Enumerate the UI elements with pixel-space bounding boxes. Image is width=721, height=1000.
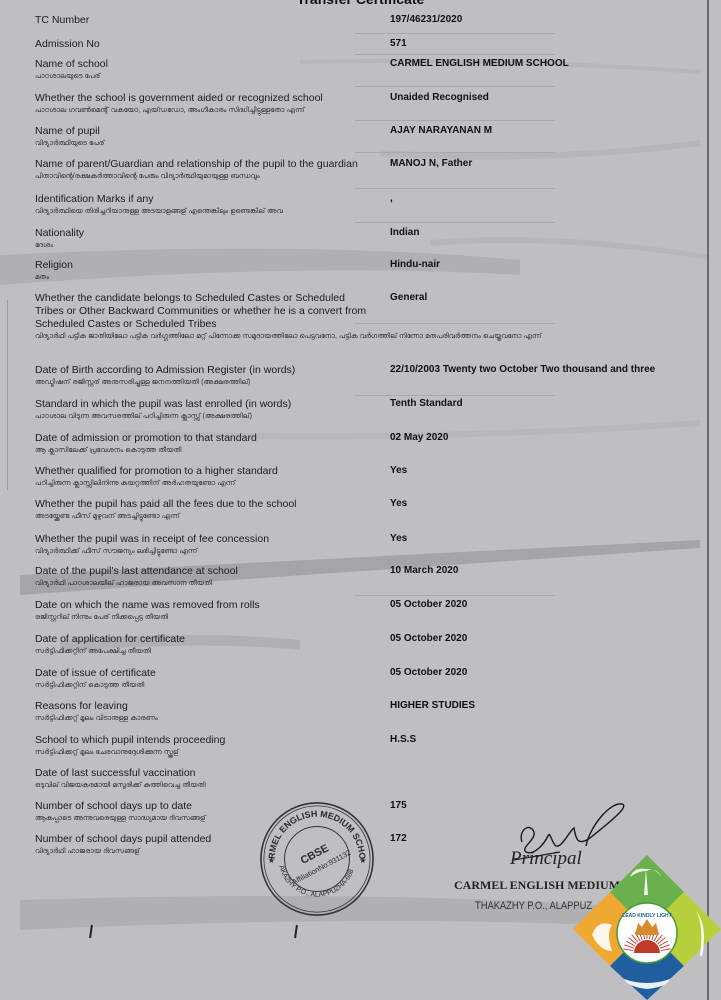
field-label-malayalam: അടയ്ക്കേണ്ട ഫീസ് മുഴുവന് അടച്ചിട്ടുണ്ടോ …	[35, 511, 685, 522]
field-label: School to which pupil intends proceeding	[35, 734, 375, 747]
document-title: Transfer Certificate	[0, 0, 721, 7]
field-label-malayalam: മതം	[35, 272, 685, 283]
separator-line	[355, 54, 555, 55]
field-value: H.S.S	[390, 734, 416, 745]
field-label: Name of school	[35, 58, 375, 71]
page-border-left	[7, 300, 8, 490]
field-label: Reasons for leaving	[35, 700, 375, 713]
field-label-malayalam: ഒടുവില് വിജയകരമായി മസൂരിക്ക് കുത്തിവെച്ച…	[35, 780, 685, 791]
field-label: Date on which the name was removed from …	[35, 599, 375, 612]
field-value: Yes	[390, 498, 407, 509]
school-logo: LEAD KINDLY LIGHT	[572, 855, 721, 1000]
field-value: 22/10/2003 Twenty two October Two thousa…	[390, 364, 655, 375]
field-value: AJAY NARAYANAN M	[390, 125, 492, 136]
field-label: Religion	[35, 259, 375, 272]
field-value: Hindu-nair	[390, 259, 440, 270]
field-row: Identification Marks if anyവിദ്യാർത്ഥിയെ…	[35, 193, 685, 217]
field-label-malayalam: പാഠശാലയുടെ പേര്	[35, 71, 685, 82]
field-label: Name of pupil	[35, 125, 375, 138]
field-label-malayalam: വിദ്യാർഥി പട്ടിക ജാതിയിലോ പട്ടിക വർഗ്ഗത്…	[35, 331, 685, 342]
separator-line	[355, 595, 555, 596]
field-row: Date on which the name was removed from …	[35, 599, 685, 623]
svg-text:★: ★	[359, 856, 366, 865]
field-label: Date of the pupil's last attendance at s…	[35, 565, 375, 578]
logo-motto: LEAD KINDLY LIGHT	[622, 913, 671, 919]
field-value: 197/46231/2020	[390, 14, 462, 25]
field-label: TC Number	[35, 14, 375, 27]
field-label-malayalam: ആ ക്ലാസിലേക്ക് പ്രവേശനം കൊടുത്ത തീയതി	[35, 445, 685, 456]
field-value: HIGHER STUDIES	[390, 700, 475, 711]
field-row: Date of issue of certificateസർട്ടിഫിക്കറ…	[35, 667, 685, 691]
field-row: Whether qualified for promotion to a hig…	[35, 465, 685, 489]
field-row: Whether the pupil has paid all the fees …	[35, 498, 685, 522]
field-label-malayalam: ദേശം	[35, 240, 685, 251]
field-value: 05 October 2020	[390, 633, 467, 644]
field-label: Whether the pupil was in receipt of fee …	[35, 533, 375, 546]
field-label-malayalam: പാഠശാല വിടുന്ന അവസരത്തില് പഠിച്ചിരുന്ന ക…	[35, 411, 685, 422]
field-label: Admission No	[35, 38, 375, 51]
principal-title: Principal	[510, 848, 582, 870]
field-label-malayalam: സർട്ടിഫിക്കറ്റ് മൂലം ചേരവാനുദ്ദേശിക്കുന്…	[35, 747, 685, 758]
field-label: Whether qualified for promotion to a hig…	[35, 465, 375, 478]
field-label: Date of issue of certificate	[35, 667, 375, 680]
separator-line	[355, 323, 555, 324]
field-row: Reasons for leavingസർട്ടിഫിക്കറ്റ് മൂലം …	[35, 700, 685, 724]
field-label: Name of parent/Guardian and relationship…	[35, 158, 375, 171]
field-label-malayalam: സർട്ടിഫിക്കറ്റിന് കൊടുത്ത തീയതി	[35, 680, 685, 691]
separator-line	[355, 33, 555, 34]
field-value: Yes	[390, 533, 407, 544]
svg-text:★: ★	[268, 856, 275, 865]
field-label: Date of admission or promotion to that s…	[35, 432, 375, 445]
field-label-malayalam: വിദ്യാർത്ഥിക്ക് ഫീസ് സൗജന്യം ലഭിച്ചിട്ടു…	[35, 546, 685, 557]
field-label: Date of application for certificate	[35, 633, 375, 646]
field-label: Identification Marks if any	[35, 193, 375, 206]
separator-line	[355, 222, 555, 223]
field-value: 05 October 2020	[390, 667, 467, 678]
field-row: School to which pupil intends proceeding…	[35, 734, 685, 758]
field-label: Whether the school is government aided o…	[35, 92, 375, 105]
field-row: Date of the pupil's last attendance at s…	[35, 565, 685, 589]
field-value: 172	[390, 833, 407, 844]
field-label: Whether the pupil has paid all the fees …	[35, 498, 375, 511]
field-label-malayalam: വിദ്യാർത്ഥിയെ തിരിച്ചറിയാനുള്ള അടയാളങ്ങള…	[35, 206, 685, 217]
field-row: Whether the candidate belongs to Schedul…	[35, 292, 685, 342]
field-value: ,	[390, 193, 393, 204]
scan-mark	[89, 925, 93, 938]
separator-line	[355, 152, 555, 153]
scan-mark	[294, 925, 298, 938]
field-value: 02 May 2020	[390, 432, 448, 443]
field-label-malayalam: വിദ്യാർത്ഥിയുടെ പേര്	[35, 138, 685, 149]
field-label: Date of last successful vaccination	[35, 767, 375, 780]
page-border-right	[707, 0, 709, 1000]
field-label-malayalam: അഡ്മിഷന് രജിസ്റ്റര് അനുസരിച്ചുള്ള ജനനത്ത…	[35, 377, 685, 388]
field-value: Tenth Standard	[390, 398, 463, 409]
field-label-malayalam: പാഠശാല ഗവൺമെന്റ് വകയോ, എയ്ഡഡോ, അംഗീകാരം …	[35, 105, 685, 116]
field-label: Whether the candidate belongs to Schedul…	[35, 292, 375, 331]
field-label: Date of Birth according to Admission Reg…	[35, 364, 375, 377]
field-label-malayalam: സർട്ടിഫിക്കറ്റിന് അപേക്ഷിച്ച തീയതി	[35, 646, 685, 657]
field-value: General	[390, 292, 427, 303]
field-row: Date of Birth according to Admission Reg…	[35, 364, 685, 388]
separator-line	[355, 395, 555, 396]
field-value: Indian	[390, 227, 419, 238]
field-row: NationalityദേശംIndian	[35, 227, 685, 251]
field-value: MANOJ N, Father	[390, 158, 472, 169]
field-row: Standard in which the pupil was last enr…	[35, 398, 685, 422]
field-label-malayalam: വിദ്യാർഥി പാഠശാലയില് ഹാജരായ അവസാന തീയതി	[35, 578, 685, 589]
field-label-malayalam: സർട്ടിഫിക്കറ്റ് മൂലം വിടാനുള്ള കാരണം	[35, 713, 685, 724]
field-row: Name of schoolപാഠശാലയുടെ പേര്CARMEL ENGL…	[35, 58, 685, 82]
field-row: TC Number197/46231/2020	[35, 14, 685, 27]
field-row: Admission No571	[35, 38, 685, 51]
field-value: 10 March 2020	[390, 565, 458, 576]
field-label-malayalam: രജിസ്റ്ററില് നിന്നും പേര് നീക്കപ്പെട്ട ത…	[35, 612, 685, 623]
school-seal: CARMEL ENGLISH MEDIUM SCHOOL THAKAZHY P.…	[258, 800, 376, 918]
field-row: Whether the pupil was in receipt of fee …	[35, 533, 685, 557]
field-value: Unaided Recognised	[390, 92, 489, 103]
field-value: Yes	[390, 465, 407, 476]
field-label-malayalam: പിതാവിന്റെ/രക്ഷകർത്താവിന്റെ പേരും വിദ്യാ…	[35, 171, 685, 182]
field-row: Whether the school is government aided o…	[35, 92, 685, 116]
field-value: 571	[390, 38, 407, 49]
separator-line	[355, 188, 555, 189]
field-value: CARMEL ENGLISH MEDIUM SCHOOL	[390, 58, 569, 69]
field-label: Standard in which the pupil was last enr…	[35, 398, 375, 411]
separator-line	[355, 120, 555, 121]
field-row: Name of pupilവിദ്യാർത്ഥിയുടെ പേര്AJAY NA…	[35, 125, 685, 149]
field-value: 05 October 2020	[390, 599, 467, 610]
field-row: Date of last successful vaccinationഒടുവി…	[35, 767, 685, 791]
field-label: Nationality	[35, 227, 375, 240]
field-row: Name of parent/Guardian and relationship…	[35, 158, 685, 182]
field-row: Date of application for certificateസർട്ട…	[35, 633, 685, 657]
field-row: Date of admission or promotion to that s…	[35, 432, 685, 456]
field-row: ReligionമതംHindu-nair	[35, 259, 685, 283]
field-label-malayalam: പഠിച്ചിരുന്ന ക്ലാസ്സിലിനിന്നു കയറ്റത്തിന…	[35, 478, 685, 489]
separator-line	[355, 86, 555, 87]
field-value: 175	[390, 800, 407, 811]
